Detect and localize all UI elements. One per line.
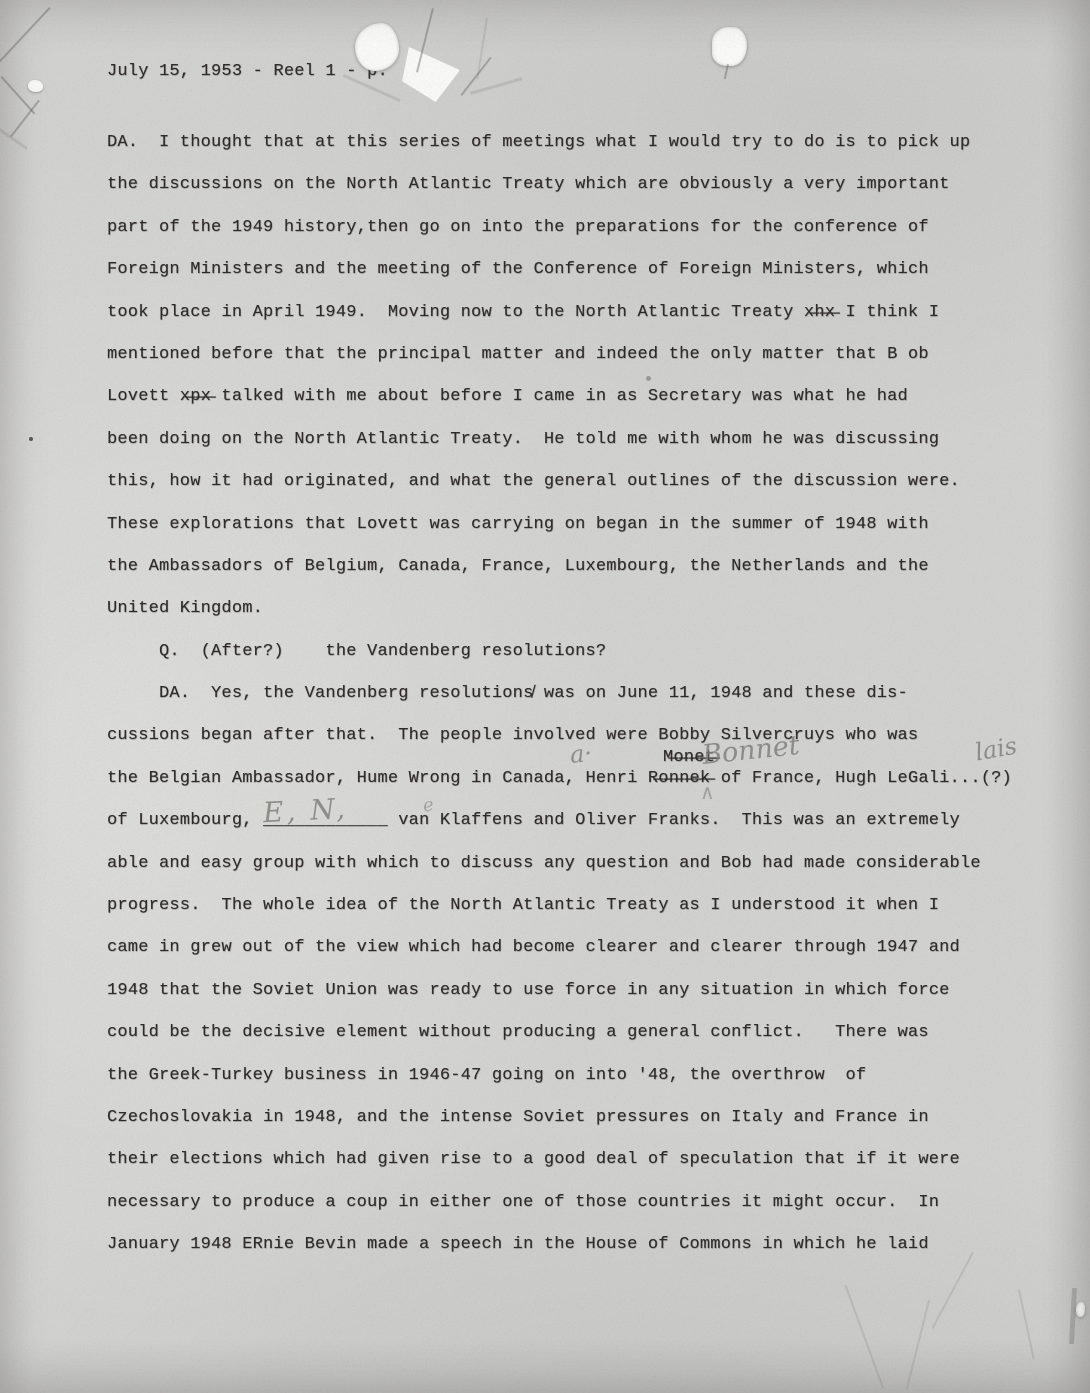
wrinkle-line	[1018, 1290, 1035, 1359]
typed-line: DA. I thought that at this series of mee…	[107, 133, 1007, 175]
typed-line: part of the 1949 history,then go on into…	[107, 218, 1007, 260]
typed-correction-monet-struck: M̶o̶n̶e̶t̶	[663, 748, 715, 767]
tear-crease-line	[476, 18, 488, 80]
corner-fold-crease	[0, 7, 51, 65]
typed-line: United Kingdom.	[107, 599, 1007, 641]
typed-line: the Ambassadors of Belgium, Canada, Fran…	[107, 557, 1007, 599]
typed-line: cussions began after that. The people in…	[107, 726, 1007, 768]
tear-crease-line	[470, 77, 523, 95]
edge-damage-mark	[1069, 1288, 1077, 1344]
typed-line: took place in April 1949. Moving now to …	[107, 303, 1007, 345]
typed-line-answer: DA. Yes, the Vandenberg resolutions̸ was…	[107, 684, 1007, 726]
typed-line: the Belgian Ambassador, Hume Wrong in Ca…	[107, 769, 1007, 811]
ink-speck	[29, 437, 33, 441]
typed-line: their elections which had given rise to …	[107, 1150, 1007, 1192]
typed-line: came in grew out of the view which had b…	[107, 938, 1007, 980]
wrinkle-line	[906, 1300, 930, 1390]
typed-line: 1948 that the Soviet Union was ready to …	[107, 981, 1007, 1023]
punch-hole-right	[712, 27, 747, 66]
wrinkle-line	[844, 1285, 884, 1389]
torn-paper-flap	[402, 47, 460, 102]
typed-line: mentioned before that the principal matt…	[107, 345, 1007, 387]
typed-line: These explorations that Lovett was carry…	[107, 515, 1007, 557]
typed-line: could be the decisive element without pr…	[107, 1023, 1007, 1065]
typed-line: been doing on the North Atlantic Treaty.…	[107, 430, 1007, 472]
typed-line: progress. The whole idea of the North At…	[107, 896, 1007, 938]
document-body: DA. I thought that at this series of mee…	[107, 133, 1007, 1278]
typed-line: the discussions on the North Atlantic Tr…	[107, 175, 1007, 217]
ink-speck	[646, 376, 651, 381]
typed-line-question: Q. (After?) the Vandenberg resolutions?	[107, 642, 1007, 684]
punch-hole-left	[355, 23, 399, 71]
typed-line: this, how it had originated, and what th…	[107, 472, 1007, 514]
typed-line: Czechoslovakia in 1948, and the intense …	[107, 1108, 1007, 1150]
edge-nick	[1076, 1302, 1085, 1317]
punch-hole-tear-line	[724, 64, 729, 79]
corner-fold-nick	[28, 80, 43, 92]
typed-line: able and easy group with which to discus…	[107, 854, 1007, 896]
typed-line: January 1948 ERnie Bevin made a speech i…	[107, 1235, 1007, 1277]
typed-line: Foreign Ministers and the meeting of the…	[107, 260, 1007, 302]
typed-line: the Greek-Turkey business in 1946-47 goi…	[107, 1066, 1007, 1108]
typed-line: necessary to produce a coup in either on…	[107, 1193, 1007, 1235]
typed-line: of Luxembourg, ____________ van Klaffens…	[107, 811, 1007, 853]
typed-line: Lovett x̶p̶x̶ talked with me about befor…	[107, 387, 1007, 429]
scanned-document-page: July 15, 1953 - Reel 1 - p. DA. I though…	[0, 0, 1090, 1393]
